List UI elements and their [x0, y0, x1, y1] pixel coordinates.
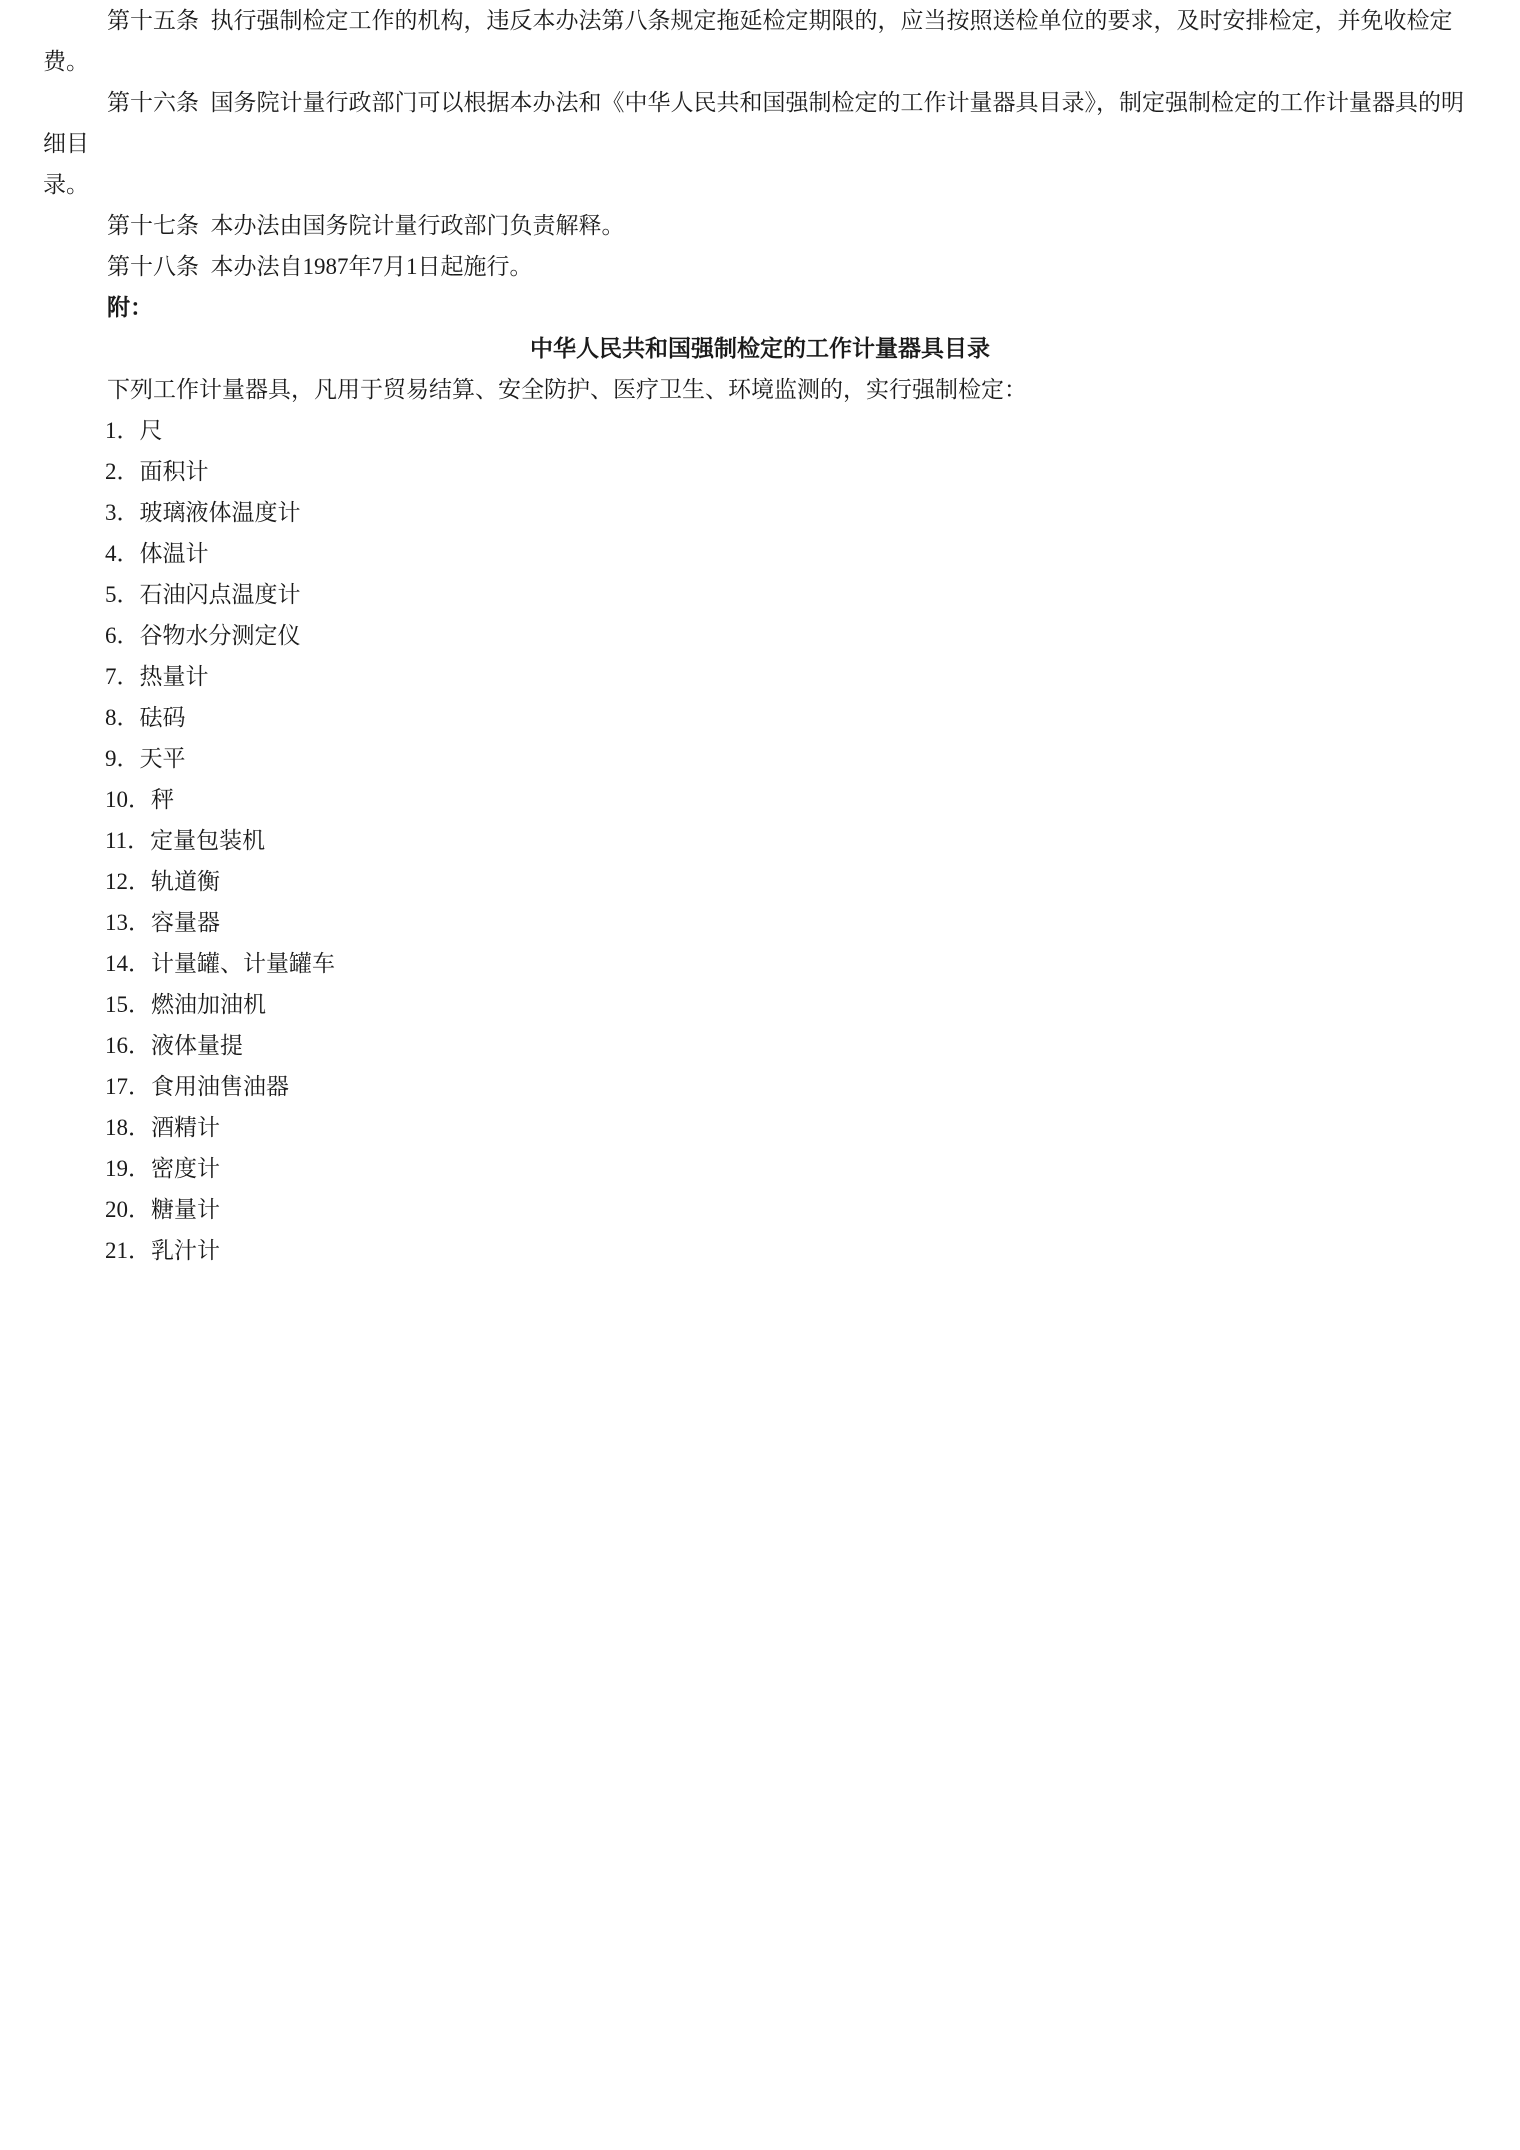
catalog-item-1: 1．尺	[43, 410, 1477, 451]
catalog-item-12: 12．轨道衡	[43, 861, 1477, 902]
annex-label: 附：	[43, 287, 1477, 328]
document-page: 第十五条 执行强制检定工作的机构，违反本办法第八条规定拖延检定期限的，应当按照送…	[0, 0, 1520, 2150]
catalog-item-4: 4．体温计	[43, 533, 1477, 574]
catalog-item-16: 16．液体量提	[43, 1025, 1477, 1066]
catalog-intro: 下列工作计量器具，凡用于贸易结算、安全防护、医疗卫生、环境监测的，实行强制检定：	[43, 369, 1477, 410]
catalog-item-9: 9．天平	[43, 738, 1477, 779]
annex-title: 中华人民共和国强制检定的工作计量器具目录	[43, 328, 1477, 369]
catalog-item-3: 3．玻璃液体温度计	[43, 492, 1477, 533]
article-16: 第十六条 国务院计量行政部门可以根据本办法和《中华人民共和国强制检定的工作计量器…	[43, 82, 1477, 205]
catalog-item-11: 11．定量包装机	[43, 820, 1477, 861]
catalog-item-14: 14．计量罐、计量罐车	[43, 943, 1477, 984]
catalog-item-6: 6．谷物水分测定仪	[43, 615, 1477, 656]
catalog-item-8: 8．砝码	[43, 697, 1477, 738]
catalog-list: 1．尺 2．面积计 3．玻璃液体温度计 4．体温计 5．石油闪点温度计 6．谷物…	[43, 410, 1477, 1271]
catalog-item-17: 17．食用油售油器	[43, 1066, 1477, 1107]
catalog-item-18: 18．酒精计	[43, 1107, 1477, 1148]
catalog-item-19: 19．密度计	[43, 1148, 1477, 1189]
catalog-item-10: 10．秤	[43, 779, 1477, 820]
catalog-item-13: 13．容量器	[43, 902, 1477, 943]
catalog-item-2: 2．面积计	[43, 451, 1477, 492]
catalog-item-15: 15．燃油加油机	[43, 984, 1477, 1025]
catalog-item-7: 7．热量计	[43, 656, 1477, 697]
article-17: 第十七条 本办法由国务院计量行政部门负责解释。	[43, 205, 1477, 246]
catalog-item-5: 5．石油闪点温度计	[43, 574, 1477, 615]
catalog-item-20: 20．糖量计	[43, 1189, 1477, 1230]
catalog-item-21: 21．乳汁计	[43, 1230, 1477, 1271]
article-15: 第十五条 执行强制检定工作的机构，违反本办法第八条规定拖延检定期限的，应当按照送…	[43, 0, 1477, 82]
article-18: 第十八条 本办法自1987年7月1日起施行。	[43, 246, 1477, 287]
